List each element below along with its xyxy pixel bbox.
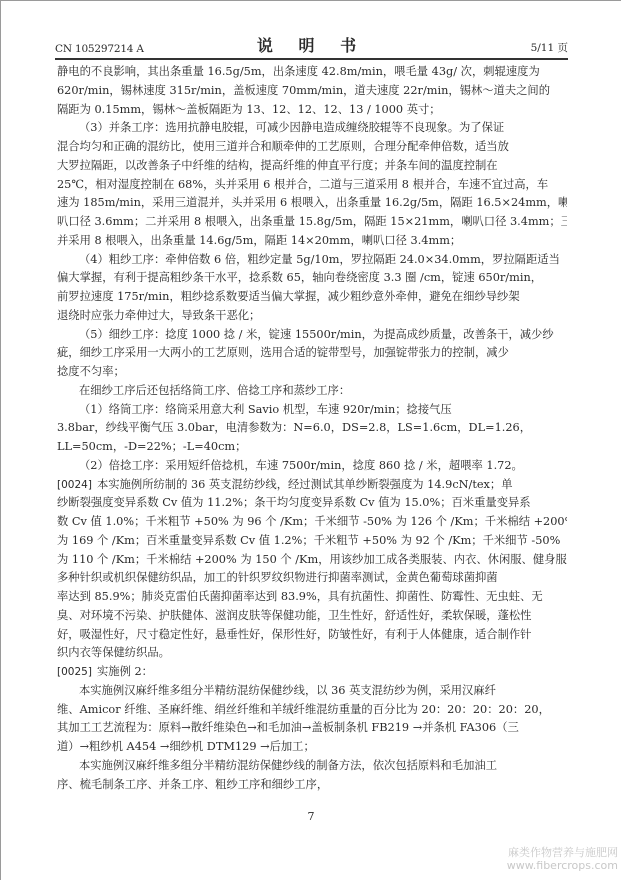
text-line: 本实施例汉麻纤维多组分半精纺混纺保健纱线，以 36 英支混纺纱为例，采用汉麻纤 xyxy=(57,682,567,701)
text-line: （5）细纱工序：捻度 1000 捻 / 米，锭速 15500r/min，为提高成… xyxy=(57,326,567,345)
text-line: 3.8bar，纱线平衡气压 3.0bar，电清参数为：N=6.0，DS=2.8，… xyxy=(57,419,567,438)
text-line: 并采用 8 根喂入，出条重量 14.6g/5m，隔距 14×20mm，喇叭口径 … xyxy=(57,232,567,251)
line-text: 率达到 85.9%；肺炎克雷伯氏菌抑菌率达到 83.9%，具有抗菌性、抑菌性、防… xyxy=(57,590,543,603)
text-line: 速为 185m/min，采用三道混并，头并采用 6 根喂入，出条重量 16.2g… xyxy=(57,194,567,213)
text-line: 为 110 个 /Km；千米棉结 +200% 为 150 个 /Km，用该纱加工… xyxy=(57,551,567,570)
text-line: 臭、对环境不污染、护肤健体、滋润皮肤等保健功能，卫生性好，舒适性好，柔软保暖，蓬… xyxy=(57,607,567,626)
line-text: （3）并条工序：选用抗静电胶辊，可减少因静电造成缠绕胶辊等不良现象。为了保证 xyxy=(79,121,504,134)
text-line: 数 Cv 值 1.0%；千米粗节 +50% 为 96 个 /Km；千米细节 -5… xyxy=(57,513,567,532)
line-text: 本实施例所纺制的 36 英支混纺纱线，经过测试其单纱断裂强度为 14.9cN/t… xyxy=(97,478,513,491)
text-line: （4）粗纱工序：牵伸倍数 6 倍，粗纱定量 5g/10m，罗拉隔距 24.0×3… xyxy=(57,251,567,270)
line-text: 隔距为 0.15mm，锡林～盖板隔距为 13、12、12、12、13 / 100… xyxy=(57,103,441,116)
text-line: 大罗拉隔距，以改善条子中纤维的结构，提高纤维的伸直平行度；并条车间的温度控制在 xyxy=(57,157,567,176)
line-text: 道）→粗纱机 A454 →细纱机 DTM129 →后加工； xyxy=(57,740,315,753)
page-number: 7 xyxy=(0,810,622,823)
line-text: 实施例 2： xyxy=(97,665,153,678)
text-line: 偏大掌握，有利于提高粗纱条干水平，捻系数 65，轴向卷绕密度 3.3 圈 /cm… xyxy=(57,269,567,288)
line-text: LL=50cm，-D=22%；-L=40cm； xyxy=(57,440,246,453)
text-line: 其加工工艺流程为：原料→散纤维染色→和毛加油→盖板制条机 FB219 →并条机 … xyxy=(57,719,567,738)
text-line: 序、梳毛制条工序、并条工序、粗纱工序和细纱工序， xyxy=(57,776,567,795)
line-text: 捻度不匀率； xyxy=(57,365,125,378)
line-text: 620r/min，锡林速度 315r/min，盖板速度 70mm/min，道夫速… xyxy=(57,84,550,97)
text-line: 道）→粗纱机 A454 →细纱机 DTM129 →后加工； xyxy=(57,738,567,757)
text-line: 捻度不匀率； xyxy=(57,363,567,382)
line-text: 多种针织或机织保健纺织品，加工的针织罗纹织物进行抑菌率测试，金黄色葡萄球菌抑菌 xyxy=(57,571,498,584)
text-line: 疵，细纱工序采用一大两小的工艺原则，选用合适的锭带型号，加强锭带张力的控制，减少 xyxy=(57,344,567,363)
text-line: 25℃，相对湿度控制在 68%，头并采用 6 根并合，二道与三道采用 8 根并合… xyxy=(57,176,567,195)
line-text: （5）细纱工序：捻度 1000 捻 / 米，锭速 15500r/min，为提高成… xyxy=(79,328,554,341)
line-text: 其加工工艺流程为：原料→散纤维染色→和毛加油→盖板制条机 FB219 →并条机 … xyxy=(57,721,519,734)
line-text: 并采用 8 根喂入，出条重量 14.6g/5m，隔距 14×20mm，喇叭口径 … xyxy=(57,234,461,247)
line-text: 数 Cv 值 1.0%；千米粗节 +50% 为 96 个 /Km；千米细节 -5… xyxy=(57,515,567,528)
text-line: 退绕时应张力牵伸过大，导致条干恶化； xyxy=(57,307,567,326)
text-line: 隔距为 0.15mm，锡林～盖板隔距为 13、12、12、12、13 / 100… xyxy=(57,101,567,120)
line-text: （4）粗纱工序：牵伸倍数 6 倍，粗纱定量 5g/10m，罗拉隔距 24.0×3… xyxy=(79,253,560,266)
line-text: 3.8bar，纱线平衡气压 3.0bar，电清参数为：N=6.0，DS=2.8，… xyxy=(57,421,531,434)
text-line: [0024]本实施例所纺制的 36 英支混纺纱线，经过测试其单纱断裂强度为 14… xyxy=(57,476,567,495)
line-text: 织内衣等保健纺织品。 xyxy=(57,646,170,659)
line-text: （2）倍捻工序：采用短纤倍捻机，车速 7500r/min，捻度 860 捻 / … xyxy=(79,459,523,472)
line-text: 疵，细纱工序采用一大两小的工艺原则，选用合适的锭带型号，加强锭带张力的控制，减少 xyxy=(57,346,509,359)
line-text: 为 169 个 /Km；百米重量变异系数 Cv 值 1.2%；千米粗节 +50%… xyxy=(57,534,560,547)
text-line: 静电的不良影响，其出条重量 16.5g/5m，出条速度 42.8m/min，喂毛… xyxy=(57,63,567,82)
text-line: 混合均匀和正确的混纺比，使用三道并合和顺牵伸的工艺原则，合理分配牵伸倍数，适当放 xyxy=(57,138,567,157)
paragraph-number: [0024] xyxy=(57,476,97,495)
document-header: CN 105297214 A 说 明 书 5/11 页 xyxy=(55,38,568,60)
text-line: 好，吸湿性好，尺寸稳定性好，悬垂性好，保形性好，防皱性好，有利于人体健康，适合制… xyxy=(57,626,567,645)
line-text: 25℃，相对湿度控制在 68%，头并采用 6 根并合，二道与三道采用 8 根并合… xyxy=(57,178,548,191)
text-line: 本实施例汉麻纤维多组分半精纺混纺保健纱线的制备方法，依次包括原料和毛加油工 xyxy=(57,757,567,776)
line-text: 在细纱工序后还包括络筒工序、倍捻工序和蒸纱工序： xyxy=(79,384,350,397)
document-body: 静电的不良影响，其出条重量 16.5g/5m，出条速度 42.8m/min，喂毛… xyxy=(57,63,567,794)
line-text: 静电的不良影响，其出条重量 16.5g/5m，出条速度 42.8m/min，喂毛… xyxy=(57,65,540,78)
text-line: LL=50cm，-D=22%；-L=40cm； xyxy=(57,438,567,457)
text-line: （3）并条工序：选用抗静电胶辊，可减少因静电造成缠绕胶辊等不良现象。为了保证 xyxy=(57,119,567,138)
page-indicator: 5/11 页 xyxy=(531,40,568,55)
watermark-url: www.fibercrops.com xyxy=(507,859,618,872)
line-text: 臭、对环境不污染、护肤健体、滋润皮肤等保健功能，卫生性好，舒适性好，柔软保暖，蓬… xyxy=(57,609,531,622)
line-text: （1）络筒工序：络筒采用意大利 Savio 机型，车速 920r/min；捻接气… xyxy=(79,403,452,416)
line-text: 退绕时应张力牵伸过大，导致条干恶化； xyxy=(57,309,260,322)
line-text: 为 110 个 /Km；千米棉结 +200% 为 150 个 /Km，用该纱加工… xyxy=(57,553,567,566)
text-line: 纱断裂强度变异系数 Cv 值为 11.2%；条干均匀度变异系数 Cv 值为 15… xyxy=(57,494,567,513)
document-title: 说 明 书 xyxy=(55,33,568,56)
text-line: [0025]实施例 2： xyxy=(57,663,567,682)
text-line: 织内衣等保健纺织品。 xyxy=(57,644,567,663)
site-watermark: 麻类作物营养与施肥网 www.fibercrops.com xyxy=(507,846,618,872)
text-line: （2）倍捻工序：采用短纤倍捻机，车速 7500r/min，捻度 860 捻 / … xyxy=(57,457,567,476)
line-text: 速为 185m/min，采用三道混并，头并采用 6 根喂入，出条重量 16.2g… xyxy=(57,196,567,209)
line-text: 叭口径 3.6mm；二并采用 8 根喂入，出条重量 15.8g/5m，隔距 15… xyxy=(57,215,567,228)
line-text: 维、Amicor 纤维、圣麻纤维、绢丝纤维和羊绒纤维混纺重量的百分比为 20：2… xyxy=(57,703,550,716)
line-text: 偏大掌握，有利于提高粗纱条干水平，捻系数 65，轴向卷绕密度 3.3 圈 /cm… xyxy=(57,271,542,284)
line-text: 序、梳毛制条工序、并条工序、粗纱工序和细纱工序， xyxy=(57,778,328,791)
paragraph-number: [0025] xyxy=(57,663,97,682)
line-text: 混合均匀和正确的混纺比，使用三道并合和顺牵伸的工艺原则，合理分配牵伸倍数，适当放 xyxy=(57,140,509,153)
line-text: 纱断裂强度变异系数 Cv 值为 11.2%；条干均匀度变异系数 Cv 值为 15… xyxy=(57,496,531,509)
text-line: 为 169 个 /Km；百米重量变异系数 Cv 值 1.2%；千米粗节 +50%… xyxy=(57,532,567,551)
text-line: 率达到 85.9%；肺炎克雷伯氏菌抑菌率达到 83.9%，具有抗菌性、抑菌性、防… xyxy=(57,588,567,607)
line-text: 本实施例汉麻纤维多组分半精纺混纺保健纱线的制备方法，依次包括原料和毛加油工 xyxy=(79,759,497,772)
watermark-name: 麻类作物营养与施肥网 xyxy=(507,846,618,859)
line-text: 本实施例汉麻纤维多组分半精纺混纺保健纱线，以 36 英支混纺纱为例，采用汉麻纤 xyxy=(79,684,496,697)
text-line: 在细纱工序后还包括络筒工序、倍捻工序和蒸纱工序： xyxy=(57,382,567,401)
text-line: 多种针织或机织保健纺织品，加工的针织罗纹织物进行抑菌率测试，金黄色葡萄球菌抑菌 xyxy=(57,569,567,588)
text-line: 前罗拉速度 175r/min，粗纱捻系数要适当偏大掌握，减少粗纱意外牵伸，避免在… xyxy=(57,288,567,307)
line-text: 前罗拉速度 175r/min，粗纱捻系数要适当偏大掌握，减少粗纱意外牵伸，避免在… xyxy=(57,290,520,303)
text-line: 维、Amicor 纤维、圣麻纤维、绢丝纤维和羊绒纤维混纺重量的百分比为 20：2… xyxy=(57,701,567,720)
line-text: 大罗拉隔距，以改善条子中纤维的结构，提高纤维的伸直平行度；并条车间的温度控制在 xyxy=(57,159,498,172)
line-text: 好，吸湿性好，尺寸稳定性好，悬垂性好，保形性好，防皱性好，有利于人体健康，适合制… xyxy=(57,628,531,641)
text-line: 叭口径 3.6mm；二并采用 8 根喂入，出条重量 15.8g/5m，隔距 15… xyxy=(57,213,567,232)
text-line: 620r/min，锡林速度 315r/min，盖板速度 70mm/min，道夫速… xyxy=(57,82,567,101)
text-line: （1）络筒工序：络筒采用意大利 Savio 机型，车速 920r/min；捻接气… xyxy=(57,401,567,420)
